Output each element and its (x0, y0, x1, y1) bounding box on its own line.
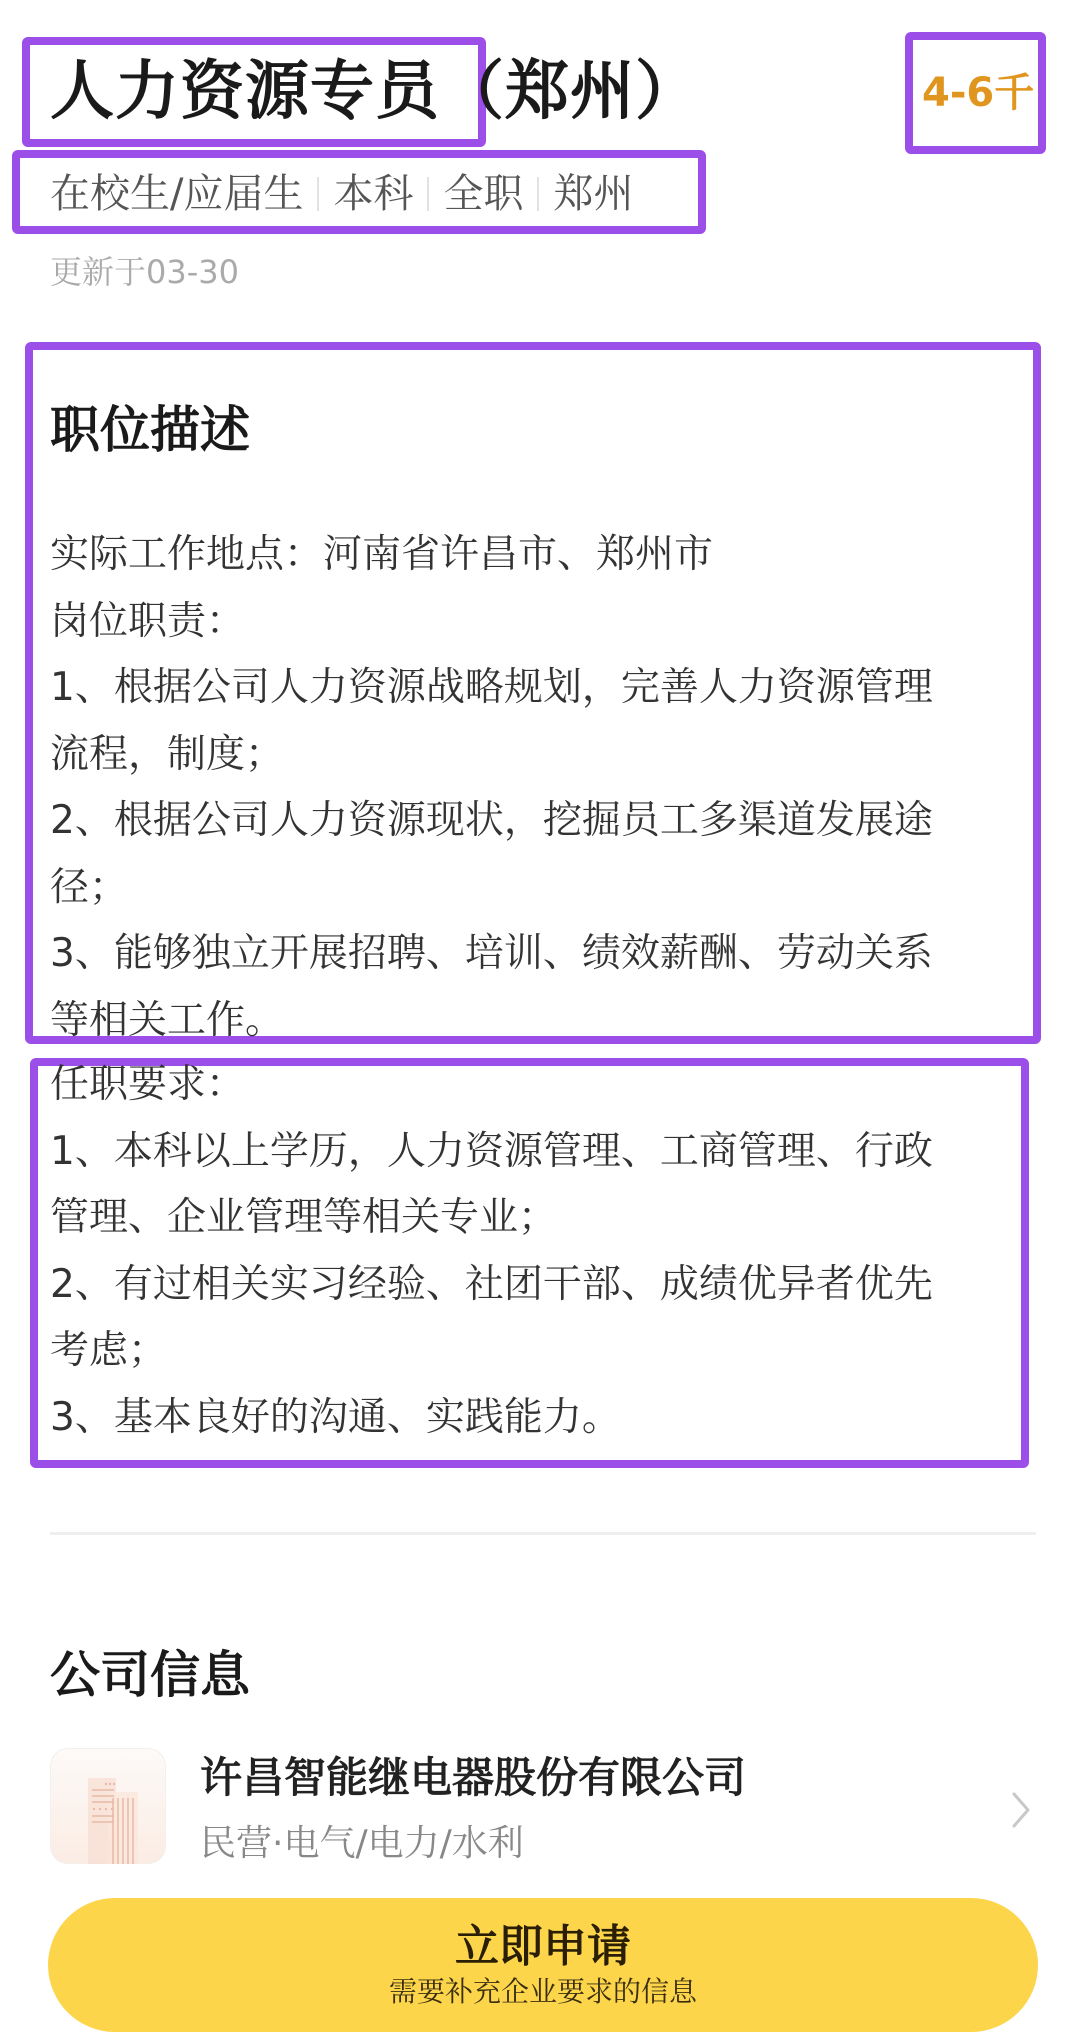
updated-date: 更新于03-30 (50, 252, 239, 292)
tag-city: 郑州 (553, 168, 633, 220)
chevron-right-icon (1000, 1788, 1040, 1832)
company-heading: 公司信息 (50, 1645, 250, 1705)
job-title: 人力资源专员（郑州） (50, 52, 700, 132)
requirements-line: 2、有过相关实习经验、社团干部、成绩优异者优先 (50, 1252, 1010, 1319)
tag-divider (537, 177, 539, 211)
company-name[interactable]: 许昌智能继电器股份有限公司 (200, 1750, 746, 1806)
tag-education-status: 在校生/应届生 (50, 168, 303, 220)
description-line: 1、根据公司人力资源战略规划，完善人力资源管理 (50, 655, 1010, 722)
building-icon (50, 1748, 166, 1864)
tag-degree: 本科 (333, 168, 413, 220)
description-line: 实际工作地点：河南省许昌市、郑州市 (50, 522, 1010, 589)
requirements-body: 任职要求： 1、本科以上学历，人力资源管理、工商管理、行政 管理、企业管理等相关… (50, 1052, 1010, 1451)
apply-button[interactable]: 立即申请 需要补充企业要求的信息 (48, 1898, 1038, 2032)
tag-divider (317, 177, 319, 211)
description-line: 流程，制度； (50, 722, 1010, 789)
description-line: 径； (50, 855, 1010, 922)
description-heading: 职位描述 (50, 400, 250, 460)
requirements-line: 1、本科以上学历，人力资源管理、工商管理、行政 (50, 1119, 1010, 1186)
description-line: 3、能够独立开展招聘、培训、绩效薪酬、劳动关系 (50, 921, 1010, 988)
requirements-line: 管理、企业管理等相关专业； (50, 1185, 1010, 1252)
salary-label: 4-6千 (922, 66, 1034, 120)
company-meta: 民营·电气/电力/水利 (200, 1820, 524, 1868)
requirements-line: 3、基本良好的沟通、实践能力。 (50, 1385, 1010, 1452)
tag-job-type: 全职 (443, 168, 523, 220)
job-tags: 在校生/应届生 本科 全职 郑州 (50, 168, 633, 220)
requirements-line: 考虑； (50, 1318, 1010, 1385)
tag-divider (427, 177, 429, 211)
apply-button-sublabel: 需要补充企业要求的信息 (389, 1974, 697, 2010)
section-divider (50, 1532, 1036, 1535)
requirements-line: 任职要求： (50, 1052, 1010, 1119)
description-body: 实际工作地点：河南省许昌市、郑州市 岗位职责： 1、根据公司人力资源战略规划，完… (50, 522, 1010, 1054)
description-line: 2、根据公司人力资源现状，挖掘员工多渠道发展途 (50, 788, 1010, 855)
description-line: 等相关工作。 (50, 988, 1010, 1055)
company-logo[interactable] (50, 1748, 166, 1864)
description-line: 岗位职责： (50, 589, 1010, 656)
company-detail-link[interactable] (1000, 1788, 1040, 1832)
apply-button-label: 立即申请 (455, 1920, 631, 1974)
